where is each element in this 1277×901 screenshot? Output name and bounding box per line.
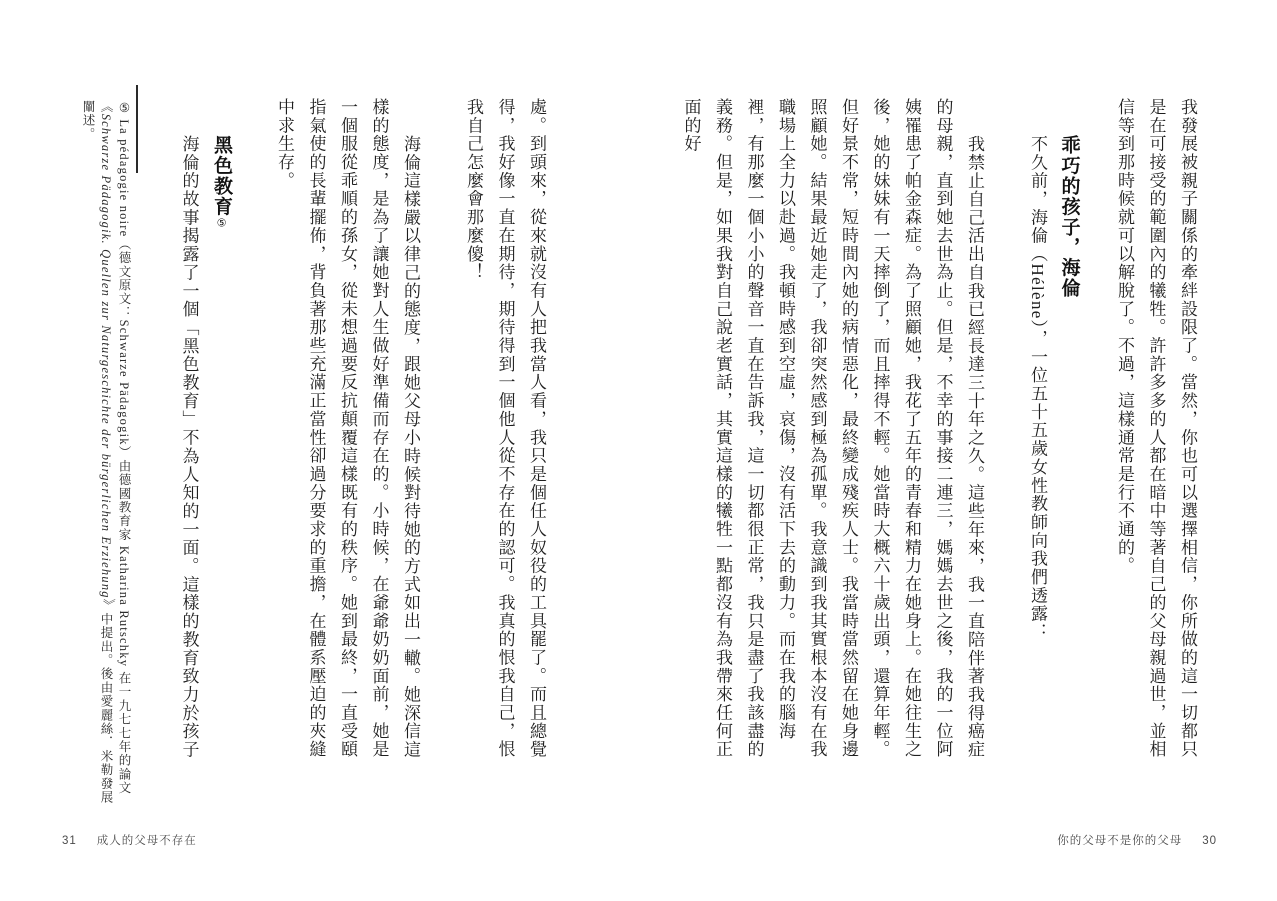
page-number: 31	[62, 835, 77, 847]
right-page-text-body: 我發展被親子關係的牽絆設限了。當然，你也可以選擇相信，你所做的這一切都只是在可接…	[683, 98, 1203, 760]
intro-paragraph: 不久前，海倫（Hélène），一位五十五歲女性教師向我們透露：	[1022, 98, 1054, 760]
paragraph-continuation: 我發展被親子關係的牽絆設限了。當然，你也可以選擇相信，你所做的這一切都只是在可接…	[1109, 98, 1204, 760]
footnote-reference-mark: ⑤	[215, 217, 227, 230]
body-paragraph: 海倫這樣嚴以律己的態度，跟她父母小時候對待她的方式如出一轍。她深信這樣的態度，是…	[269, 98, 427, 760]
section-heading: 乖巧的孩子，海倫	[1053, 98, 1085, 760]
page-right: 我發展被親子關係的牽絆設限了。當然，你也可以選擇相信，你所做的這一切都只是在可接…	[640, 0, 1277, 901]
footnote-marker: ⑤	[117, 100, 131, 115]
footnote-separator-rule	[136, 85, 138, 173]
footnote-book-title: 《Schwarze Pädagogik. Quellen zur Naturge…	[99, 100, 113, 612]
book-spread: 我發展被親子關係的牽絆設限了。當然，你也可以選擇相信，你所做的這一切都只是在可接…	[0, 0, 1277, 901]
running-footer-right: 你的父母不是你的父母30	[1057, 832, 1217, 848]
section-heading: 黑色教育⑤	[205, 98, 238, 760]
body-paragraph: 海倫的故事揭露了一個「黑色教育」不為人知的一面。這樣的教育致力於孩子	[173, 98, 205, 760]
footnote: ⑤ La pédagogie noire（德文原文：Schwarze Pädag…	[73, 100, 133, 812]
running-footer-left: 31成人的父母不存在	[62, 832, 197, 848]
page-number: 30	[1202, 835, 1217, 847]
left-page-text-body: 處。到頭來，從來就沒有人把我當人看，我只是個任人奴役的工具罷了。而且總覺得，我好…	[152, 98, 552, 760]
quote-continuation-paragraph: 處。到頭來，從來就沒有人把我當人看，我只是個任人奴役的工具罷了。而且總覺得，我好…	[458, 98, 553, 760]
quote-paragraph: 我禁止自己活出自我已經長達三十年之久。這些年來，我一直陪伴著我得癌症的母親，直到…	[675, 98, 990, 760]
running-book-title: 你的父母不是你的父母	[1057, 835, 1182, 847]
running-chapter-title: 成人的父母不存在	[97, 835, 197, 847]
footnote-text: La pédagogie noire（德文原文：Schwarze Pädagog…	[117, 119, 131, 794]
section-heading-text: 黑色教育	[211, 135, 232, 217]
page-left: 處。到頭來，從來就沒有人把我當人看，我只是個任人奴役的工具罷了。而且總覺得，我好…	[0, 0, 640, 901]
